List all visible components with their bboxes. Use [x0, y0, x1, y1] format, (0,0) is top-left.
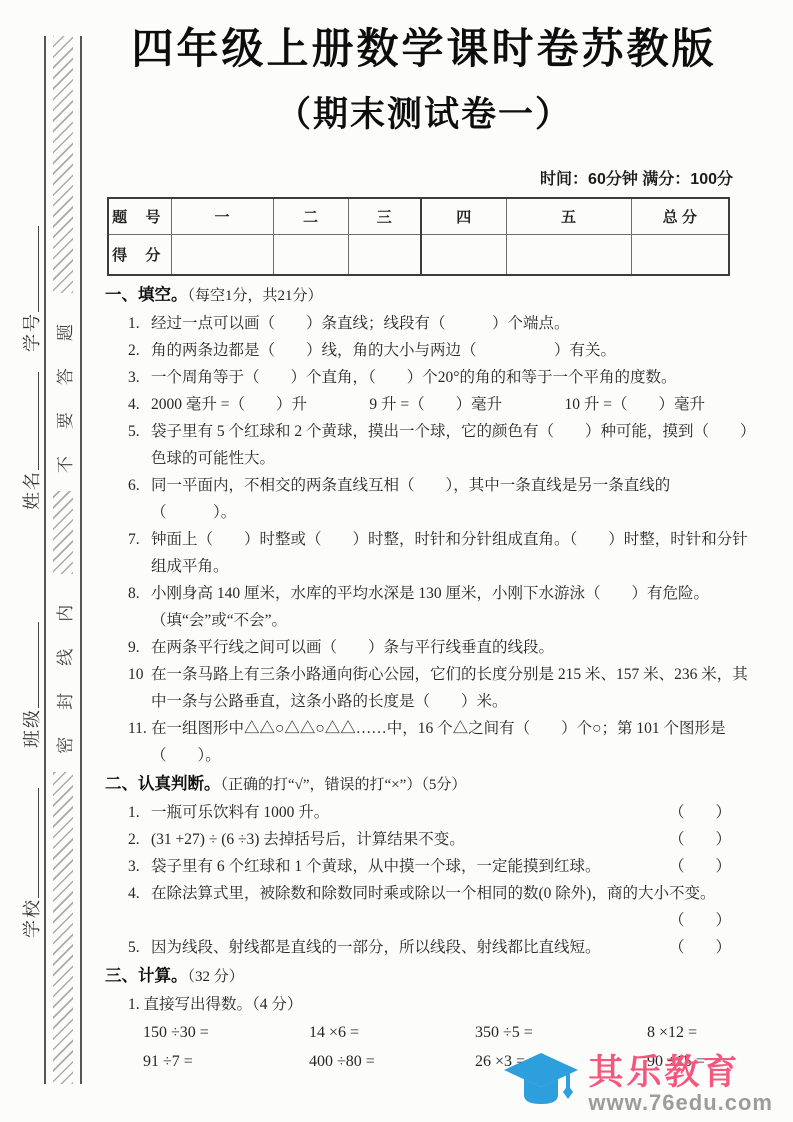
score-cell [506, 235, 631, 276]
class-blank-line [24, 622, 39, 708]
judge-item-4: 4.在除法算式里，被除数和除数同时乘或除以一个相同的数(0 除外)，商的大小不变… [105, 880, 755, 907]
section-2-heading: 二、认真判断。（正确的打“√”，错误的打“×”）（5分） [105, 771, 755, 799]
score-col-total: 总 分 [631, 198, 729, 235]
question-number: 4. [128, 880, 140, 907]
answer-paren: （ ） [669, 826, 755, 853]
score-table: 题 号 一 二 三 四 五 总 分 得 分 [107, 197, 730, 276]
question-number: 6. [128, 472, 140, 499]
score-row-label: 得 分 [108, 235, 171, 276]
hatch-segment [53, 772, 73, 1084]
fill-question-5: 5.袋子里有 5 个红球和 2 个黄球，摸出一个球，它的颜色有（ ）种可能，摸到… [105, 418, 755, 472]
hatch-segment [53, 491, 73, 574]
logo-text-block: 其乐教育 www.76edu.com [588, 1055, 773, 1116]
question-number: 9. [128, 634, 140, 661]
school-blank-line [24, 788, 39, 898]
fill-question-1: 1.经过一点可以画（ ）条直线；线段有（ ）个端点。 [105, 310, 755, 337]
question-text: 在一条马路上有三条小路通向街心公园，它们的长度分别是 215 米、157 米、2… [151, 666, 748, 710]
seal-text-group1: 密封线内 [51, 574, 76, 772]
exam-paper-page: 学校 班级 姓名 学号 密封线内 不要答题 四年级上册数学课时卷苏教版 （期末测… [0, 0, 793, 1122]
conversion-item: 10 升 =（ ）毫升 [565, 391, 706, 418]
fill-question-10: 10在一条马路上有三条小路通向街心公园，它们的长度分别是 215 米、157 米… [105, 661, 755, 715]
calc-expression: 150 ÷30 = [143, 1019, 309, 1047]
fill-question-6: 6.同一平面内，不相交的两条直线互相（ ），其中一条直线是另一条直线的（ ）。 [105, 472, 755, 526]
section-2-note: （正确的打“√”，错误的打“×”）（5分） [221, 777, 467, 793]
question-text: 钟面上（ ）时整或（ ）时整，时针和分针组成直角。（ ）时整，时针和分针组成平角… [151, 531, 748, 575]
question-text: 一个周角等于（ ）个直角，（ ）个20°的角的和等于一个平角的度数。 [151, 369, 676, 386]
question-number: 3. [128, 853, 140, 880]
question-number: 10 [128, 661, 144, 688]
section-1-heading: 一、填空。（每空1分，共21分） [105, 282, 755, 310]
brand-name: 其乐教育 [588, 1055, 740, 1092]
fill-question-2: 2.角的两条边都是（ ）线，角的大小与两边（ ）有关。 [105, 337, 755, 364]
seal-text-group2: 不要答题 [51, 293, 76, 491]
answer-paren: （ ） [669, 853, 755, 880]
answer-paren: （ ） [105, 907, 755, 934]
question-number: 8. [128, 580, 140, 607]
score-col-5: 五 [506, 198, 631, 235]
answer-paren: （ ） [669, 799, 755, 826]
question-number: 11. [128, 715, 147, 742]
calc-row-1: 150 ÷30 = 14 ×6 = 350 ÷5 = 8 ×12 = [105, 1019, 755, 1047]
fill-question-9: 9.在两条平行线之间可以画（ ）条与平行线垂直的线段。 [105, 634, 755, 661]
question-number: 1. [128, 310, 140, 337]
question-number: 2. [128, 337, 140, 364]
calc-expression: 14 ×6 = [309, 1019, 475, 1047]
question-number: 1. [128, 996, 140, 1013]
question-text: 小刚身高 140 厘米，水库的平均水深是 130 厘米，小刚下水游泳（ ）有危险… [151, 585, 709, 629]
calc-expression: 91 ÷7 = [143, 1048, 309, 1076]
paper-header: 四年级上册数学课时卷苏教版 （期末测试卷一） [100, 24, 748, 137]
time-score-info: 时间：60分钟 满分：100分 [100, 166, 733, 189]
question-text: 袋子里有 5 个红球和 2 个黄球，摸出一个球，它的颜色有（ ）种可能，摸到（ … [151, 423, 748, 467]
name-label: 姓名 [18, 470, 44, 510]
question-text: 角的两条边都是（ ）线，角的大小与两边（ ）有关。 [151, 342, 616, 359]
seal-line-band: 密封线内 不要答题 [44, 36, 82, 1084]
calc-subheading: 1. 直接写出得数。（4 分） [105, 991, 755, 1018]
section-3-note: （32 分） [188, 969, 244, 985]
question-text: 袋子里有 6 个红球和 1 个黄球，从中摸一个球，一定能摸到红球。 [151, 853, 601, 880]
school-label: 学校 [18, 898, 44, 938]
score-cell [273, 235, 348, 276]
question-number: 3. [128, 364, 140, 391]
score-cell [631, 235, 729, 276]
brand-url: www.76edu.com [588, 1091, 773, 1115]
question-text: 经过一点可以画（ ）条直线；线段有（ ）个端点。 [151, 315, 570, 332]
question-text: 因为线段、射线都是直线的一部分，所以线段、射线都比直线短。 [151, 934, 601, 961]
fill-question-4: 4. 2000 毫升 =（ ）升 9 升 =（ ）毫升 10 升 =（ ）毫升 [105, 391, 755, 418]
question-number: 4. [128, 391, 140, 418]
calc-expression: 8 ×12 = [647, 1019, 755, 1047]
section-3-heading: 三、计算。（32 分） [105, 963, 755, 991]
question-text: 一瓶可乐饮料有 1000 升。 [151, 799, 329, 826]
score-col-3: 三 [348, 198, 421, 235]
question-number: 1. [128, 799, 140, 826]
calc-expression: 400 ÷80 = [309, 1048, 475, 1076]
answer-paren: （ ） [669, 934, 755, 961]
name-blank-line [24, 372, 39, 470]
section-1-note: （每空1分，共21分） [188, 288, 323, 304]
judge-item-2: 2.(31 +27) ÷ (6 ÷3) 去掉括号后，计算结果不变。（ ） [105, 826, 755, 853]
question-text: 在一组图形中△△○△△○△△……中，16 个△之间有（ ）个○；第 101 个图… [151, 720, 725, 764]
question-text: 同一平面内，不相交的两条直线互相（ ），其中一条直线是另一条直线的（ ）。 [151, 477, 670, 521]
score-col-1: 一 [171, 198, 273, 235]
question-text: 在两条平行线之间可以画（ ）条与平行线垂直的线段。 [151, 639, 554, 656]
score-table-corner: 题 号 [108, 198, 171, 235]
hatch-segment [53, 36, 73, 293]
score-cell [348, 235, 421, 276]
score-col-2: 二 [273, 198, 348, 235]
seal-line-rotated: 密封线内 不要答题 [46, 36, 80, 1084]
question-text: 在除法算式里，被除数和除数同时乘或除以一个相同的数(0 除外)，商的大小不变。 [151, 885, 715, 902]
question-number: 5. [128, 934, 140, 961]
paper-subtitle: （期末测试卷一） [100, 87, 748, 137]
unit-conversion-row: 2000 毫升 =（ ）升 9 升 =（ ）毫升 10 升 =（ ）毫升 [151, 391, 755, 418]
questions-area: 一、填空。（每空1分，共21分） 1.经过一点可以画（ ）条直线；线段有（ ）个… [105, 282, 755, 1076]
fill-question-3: 3.一个周角等于（ ）个直角，（ ）个20°的角的和等于一个平角的度数。 [105, 364, 755, 391]
graduation-cap-icon [502, 1052, 580, 1118]
student-id-blank-line [24, 226, 39, 312]
judge-item-3: 3.袋子里有 6 个红球和 1 个黄球，从中摸一个球，一定能摸到红球。（ ） [105, 853, 755, 880]
conversion-item: 2000 毫升 =（ ）升 [151, 391, 307, 418]
calc-expression: 350 ÷5 = [475, 1019, 647, 1047]
class-label: 班级 [18, 708, 44, 748]
score-cell [171, 235, 273, 276]
fill-question-7: 7.钟面上（ ）时整或（ ）时整，时针和分针组成直角。（ ）时整，时针和分针组成… [105, 526, 755, 580]
question-text: (31 +27) ÷ (6 ÷3) 去掉括号后，计算结果不变。 [151, 826, 465, 853]
student-id-label: 学号 [18, 312, 44, 352]
score-cell [421, 235, 506, 276]
calc-sub-note: （4 分） [252, 996, 302, 1013]
score-col-4: 四 [421, 198, 506, 235]
paper-title: 四年级上册数学课时卷苏教版 [100, 24, 748, 74]
fill-question-11: 11.在一组图形中△△○△△○△△……中，16 个△之间有（ ）个○；第 101… [105, 715, 755, 769]
conversion-item: 9 升 =（ ）毫升 [369, 391, 502, 418]
question-number: 5. [128, 418, 140, 445]
question-text: 直接写出得数。 [144, 996, 253, 1013]
question-number: 2. [128, 826, 140, 853]
fill-question-8: 8.小刚身高 140 厘米，水库的平均水深是 130 厘米，小刚下水游泳（ ）有… [105, 580, 755, 634]
publisher-logo: 其乐教育 www.76edu.com [502, 1052, 773, 1118]
judge-item-1: 1.一瓶可乐饮料有 1000 升。（ ） [105, 799, 755, 826]
question-number: 7. [128, 526, 140, 553]
judge-item-5: 5.因为线段、射线都是直线的一部分，所以线段、射线都比直线短。（ ） [105, 934, 755, 961]
